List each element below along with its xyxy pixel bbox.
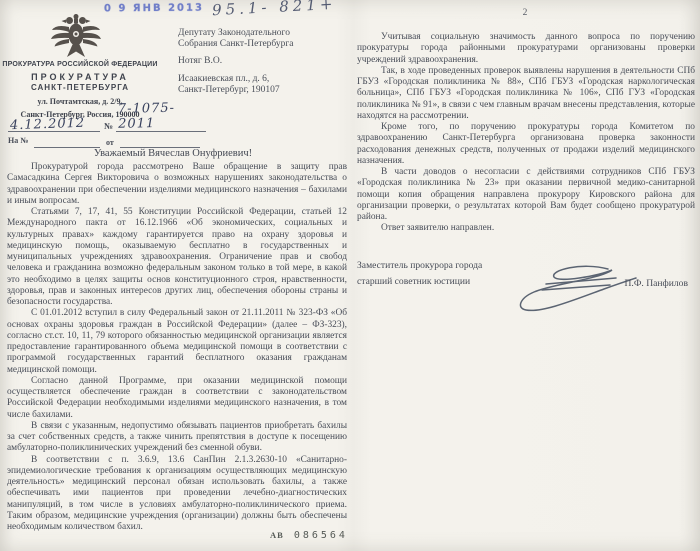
scanned-letter: 0 9 ЯНВ 2013 95.1- 821+ [0, 0, 700, 551]
form-number: 086564 [294, 530, 348, 541]
paragraph: Статьями 7, 17, 41, 55 Конституции Росси… [7, 207, 347, 308]
handwritten-registration-note: 95.1- 821+ [212, 0, 337, 19]
outgoing-ref-line: 4.12.2012 № 7-1075-2011 [8, 112, 208, 132]
signature-scrawl [512, 262, 652, 327]
paragraph: В части доводов о несогласии с действиям… [357, 167, 695, 223]
signer-post-line1: Заместитель прокурора города [357, 260, 482, 271]
paragraph: Так, в ходе проведенных проверок выявлен… [357, 66, 695, 122]
coat-of-arms-emblem-icon [50, 12, 102, 65]
handwritten-outgoing-number: 7-1075-2011 [118, 100, 209, 132]
recipient-block: Депутату Законодательного Собрания Санкт… [178, 28, 294, 96]
letterhead-org-city: САНКТ-ПЕТЕРБУРГА [0, 83, 160, 92]
paragraph: В связи с указанным, недопустимо обязыва… [7, 421, 347, 455]
page1-body-text: Прокуратурой города рассмотрено Ваше обр… [7, 162, 347, 533]
recipient-address-line2: Санкт-Петербург, 190107 [178, 85, 294, 96]
recipient-address-line1: Исаакиевская пл., д. 6, [178, 74, 294, 85]
from-label: от [106, 138, 114, 147]
recipient-line1: Депутату Законодательного [178, 28, 294, 39]
signer-post-line2: старший советник юстиции [357, 276, 470, 287]
recipient-line2: Собрания Санкт-Петербурга [178, 39, 294, 50]
paragraph: Кроме того, по поручению прокуратуры гор… [357, 122, 695, 167]
on-number-label: На № [8, 136, 28, 145]
page2-body-text: Учитывая социальную значимость данного в… [357, 32, 695, 235]
paragraph: С 01.01.2012 вступил в силу Федеральный … [7, 308, 347, 376]
number-sign: № [104, 121, 113, 131]
salutation: Уважаемый Вячеслав Онуфриевич! [8, 148, 338, 159]
letter-page-1: 0 9 ЯНВ 2013 95.1- 821+ [0, 0, 350, 551]
letterhead-federation-line: ПРОКУРАТУРА РОССИЙСКОЙ ФЕДЕРАЦИИ [0, 61, 160, 68]
letter-page-2: 2 Учитывая социальную значимость данного… [350, 0, 700, 551]
paragraph: Ответ заявителю направлен. [357, 223, 695, 234]
form-series: АВ [270, 530, 284, 540]
handwritten-date: 4.12.2012 [10, 116, 86, 134]
page-number: 2 [350, 8, 700, 18]
incoming-date-stamp: 0 9 ЯНВ 2013 [104, 3, 204, 15]
letterhead-org-name: ПРОКУРАТУРА [0, 72, 160, 82]
paragraph: В соответствии с п. 3.6.9, 13.6 СанПин 2… [7, 455, 347, 534]
letterhead-form-number: АВ086564 [270, 530, 348, 541]
signer-name: П.Ф. Панфилов [625, 278, 689, 289]
paragraph: Прокуратурой города рассмотрено Ваше обр… [7, 162, 347, 207]
paragraph: Учитывая социальную значимость данного в… [357, 32, 695, 66]
paragraph: Согласно данной Программе, при оказании … [7, 376, 347, 421]
recipient-name: Нотяг В.О. [178, 56, 294, 67]
